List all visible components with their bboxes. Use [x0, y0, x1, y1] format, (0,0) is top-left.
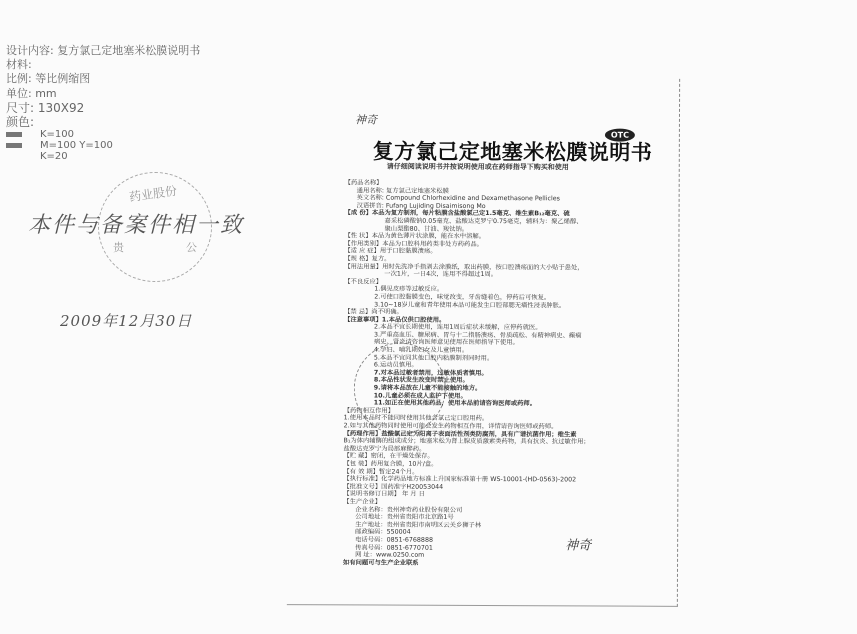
spec-unit: 单位: mm	[6, 87, 200, 101]
color-swatch-red: M=100 Y=100	[6, 140, 200, 151]
color-swatch-red-k: K=20	[6, 151, 200, 162]
spec-color: 颜色:	[6, 115, 200, 129]
spec-material: 材料:	[6, 58, 200, 72]
insert-body: 【药品名称】通用名称: 复方氯己定地塞米松膜英文名称: Compound Chl…	[343, 179, 665, 568]
swatch-icon	[6, 143, 22, 148]
insert-subtitle: 请仔细阅读说明书并按说明使用或在药师指导下购买和使用	[387, 162, 569, 173]
design-spec-block: 设计内容: 复方氯己定地塞米松膜说明书 材料: 比例: 等比例缩图 单位: mm…	[6, 44, 200, 162]
swatch-icon	[6, 132, 22, 137]
color-swatch-black: K=100	[6, 129, 200, 140]
insert-line: 如有问题可与生产企业联系	[343, 559, 663, 568]
brand-logo-bottom: 神奇	[565, 534, 591, 553]
spec-size: 尺寸: 130X92	[6, 101, 200, 115]
brand-logo: 神奇	[355, 111, 377, 127]
handwritten-date: 2009年12月30日	[60, 310, 192, 331]
package-insert: 神奇 OTC 复方氯己定地塞米松膜说明书 请仔细阅读说明书并按说明使用或在药师指…	[287, 77, 680, 607]
spec-scale: 比例: 等比例缩图	[6, 72, 200, 86]
spec-design-content: 设计内容: 复方氯己定地塞米松膜说明书	[6, 44, 200, 58]
handwritten-note: 本件与备案件相一致	[28, 208, 244, 239]
